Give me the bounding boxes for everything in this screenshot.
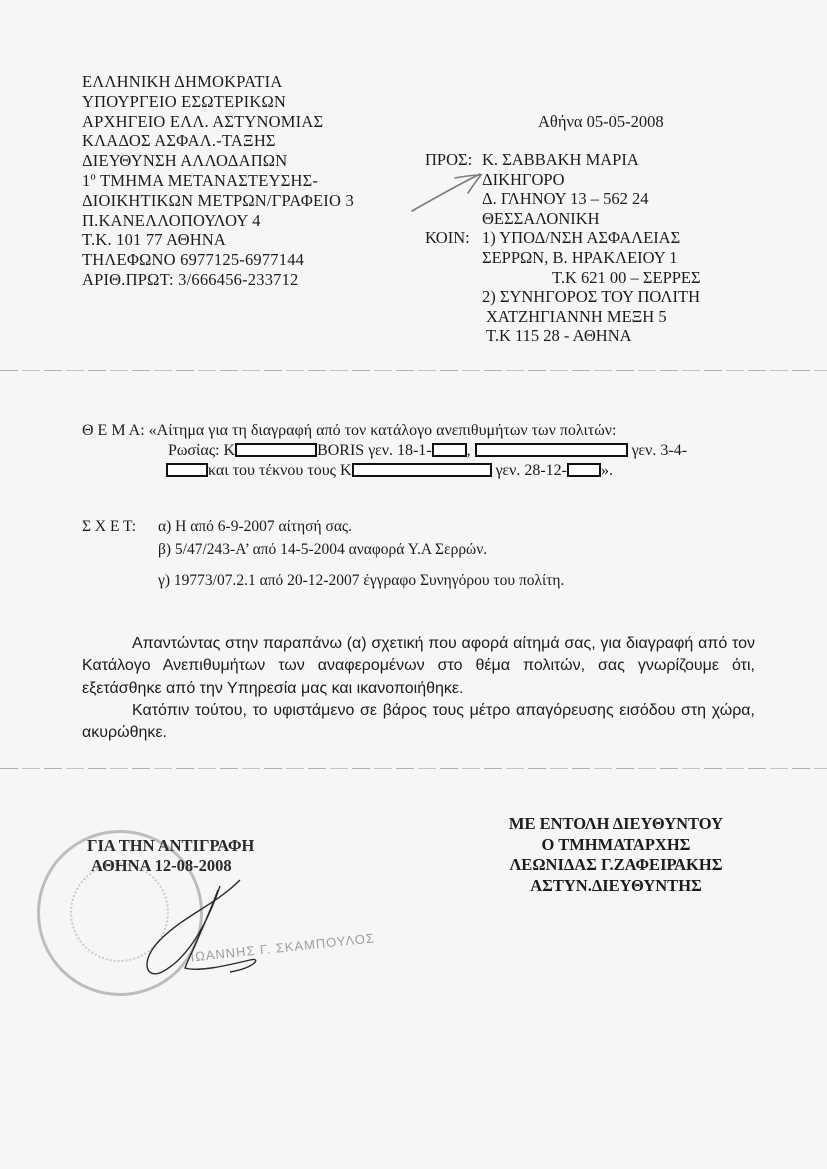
certification-line: ΑΘΗΝΑ 12-08-2008 [87,856,254,876]
cc-line: 1) ΥΠΟΔ/ΝΣΗ ΑΣΦΑΛΕΙΑΣ [482,228,680,248]
header-line: ΕΛΛΗΝΙΚΗ ΔΗΜΟΚΡΑΤΙΑ [82,72,354,92]
cc-line: 2) ΣΥΝΗΓΟΡΟΣ ΤΟΥ ΠΟΛΙΤΗ [482,287,700,307]
signatory-line: ΑΣΤΥΝ.ΔΙΕΥΘΥΝΤΗΣ [482,876,750,897]
reference-item: α) Η από 6-9-2007 αίτησή σας. [158,518,352,541]
body-paragraph: Απαντώντας στην παραπάνω (α) σχετική που… [82,633,755,700]
header-line: ΑΡΧΗΓΕΙΟ ΕΛΛ. ΑΣΤΥΝΟΜΙΑΣ [82,112,354,132]
subject-text: και του τέκνου τους Κ [208,462,352,479]
header-line: Π.ΚΑΝΕΛΛΟΠΟΥΛΟΥ 4 [82,211,354,231]
subject-label: Θ Ε Μ Α: [82,422,145,439]
subject-block: Θ Ε Μ Α: «Αίτημα για τη διαγραφή από τον… [82,421,687,481]
to-line: Δ. ΓΛΗΝΟΥ 13 – 562 24 [482,189,649,209]
header-line: ΑΡΙΘ.ΠΡΩΤ: 3/666456-233712 [82,270,354,290]
redaction-box [235,443,317,457]
fold-line [0,768,827,769]
header-line: ΤΗΛΕΦΩΝΟ 6977125-6977144 [82,250,354,270]
cc-label: ΚΟΙΝ: [425,228,482,248]
redaction-box [352,463,492,477]
body-paragraph: Κατόπιν τούτου, το υφιστάμενο σε βάρος τ… [82,700,755,745]
document-date: Αθήνα 05-05-2008 [538,112,664,132]
redaction-box [567,463,601,477]
signatory-line: ΜΕ ΕΝΤΟΛΗ ΔΙΕΥΘΥΝΤΟΥ [482,814,750,835]
stamp-emblem [70,863,169,962]
to-label: ΠΡΟΣ: [425,150,482,170]
redaction-box [166,463,208,477]
signatory-block: ΜΕ ΕΝΤΟΛΗ ΔΙΕΥΘΥΝΤΟΥ Ο ΤΜΗΜΑΤΑΡΧΗΣ ΛΕΩΝΙ… [482,814,750,896]
header-line: ΔΙΕΥΘΥΝΣΗ ΑΛΛΟΔΑΠΩΝ [82,151,354,171]
recipient-block: ΠΡΟΣ:Κ. ΣΑΒΒΑΚΗ ΜΑΡΙΑ ΔΙΚΗΓΟΡΟ Δ. ΓΛΗΝΟΥ… [425,150,701,346]
header-line: ΥΠΟΥΡΓΕΙΟ ΕΣΩΤΕΡΙΚΩΝ [82,92,354,112]
subject-text: , [467,442,471,459]
header-line: ΔΙΟΙΚΗΤΙΚΩΝ ΜΕΤΡΩΝ/ΓΡΑΦΕΙΟ 3 [82,191,354,211]
to-line: ΘΕΣΣΑΛΟΝΙΚΗ [482,209,600,229]
fold-line [0,370,827,371]
references-label: Σ Χ Ε Τ: [82,518,158,541]
redaction-box [475,443,628,457]
reference-item: β) 5/47/243-Α’ από 14-5-2004 αναφορά Υ.Α… [158,541,487,564]
subject-text: Ρωσίας: Κ [168,442,235,459]
subject-text: γεν. 28-12- [492,462,567,479]
to-line: ΔΙΚΗΓΟΡΟ [482,170,564,190]
stamp-name: ΙΩΑΝΝΗΣ Γ. ΣΚΑΜΠΟΥΛΟΣ [190,930,376,964]
signatory-line: ΛΕΩΝΙΔΑΣ Γ.ΖΑΦΕΙΡΑΚΗΣ [482,855,750,876]
certification-block: ΓΙΑ ΤΗΝ ΑΝΤΙΓΡΑΦΗ ΑΘΗΝΑ 12-08-2008 [87,836,254,876]
header-line: Τ.Κ. 101 77 ΑΘΗΝΑ [82,230,354,250]
header-line: ΚΛΑΔΟΣ ΑΣΦΑΛ.-ΤΑΞΗΣ [82,131,354,151]
certification-line: ΓΙΑ ΤΗΝ ΑΝΤΙΓΡΑΦΗ [87,836,254,856]
signatory-line: Ο ΤΜΗΜΑΤΑΡΧΗΣ [482,835,750,856]
header-line: 1º ΤΜΗΜΑ ΜΕΤΑΝΑΣΤΕΥΣΗΣ- [82,171,354,191]
to-line: Κ. ΣΑΒΒΑΚΗ ΜΑΡΙΑ [482,150,639,170]
references-block: Σ Χ Ε Τ:α) Η από 6-9-2007 αίτησή σας. β)… [82,518,564,595]
subject-text: BORIS γεν. 18-1- [317,442,432,459]
redaction-box [432,443,467,457]
cc-line: ΣΕΡΡΩΝ, Β. ΗΡΑΚΛΕΙΟΥ 1 [482,248,677,268]
subject-text: ». [601,462,613,479]
cc-line: Τ.Κ 115 28 - ΑΘΗΝΑ [482,326,632,346]
reference-item: γ) 19773/07.2.1 από 20-12-2007 έγγραφο Σ… [158,572,564,595]
cc-line: ΧΑΤΖΗΓΙΑΝΝΗ ΜΕΞΗ 5 [482,307,667,327]
cc-line: Τ.Κ 621 00 – ΣΕΡΡΕΣ [482,268,701,288]
letter-body: Απαντώντας στην παραπάνω (α) σχετική που… [82,633,755,744]
subject-text: «Αίτημα για τη διαγραφή από τον κατάλογο… [149,422,617,439]
sender-header: ΕΛΛΗΝΙΚΗ ΔΗΜΟΚΡΑΤΙΑ ΥΠΟΥΡΓΕΙΟ ΕΣΩΤΕΡΙΚΩΝ… [82,72,354,290]
subject-text: γεν. 3-4- [628,442,687,459]
